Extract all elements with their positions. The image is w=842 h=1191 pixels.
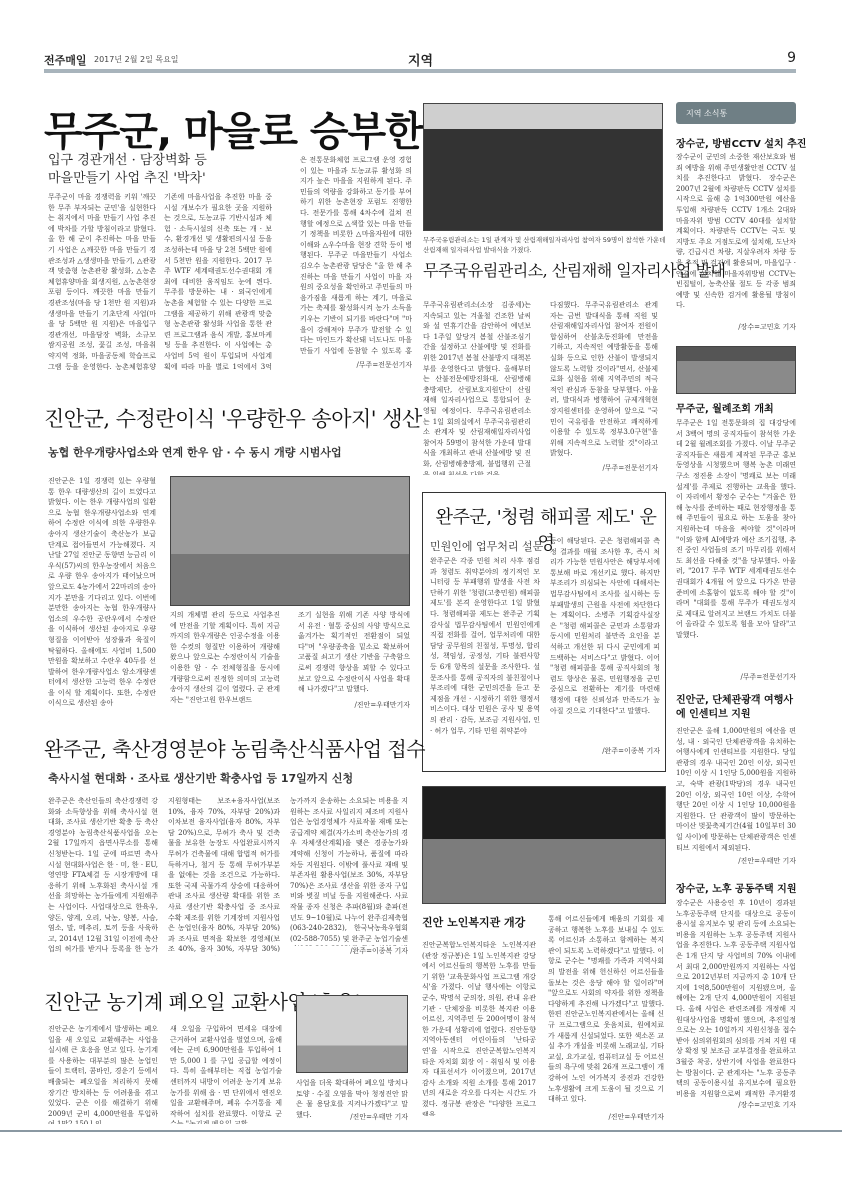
oil-exchange-photo [296,995,408,1073]
headline-jangsu-cctv: 장수군, 방범CCTV 설치 추진 [676,135,806,150]
jinan-senior-col-1: 진안군복합노인복지타운 노인복지관(관장 정규봉)은 1일 노인복지관 강당에서… [422,940,536,1116]
jinan-oil-col-2: 새 오일을 구입하여 면세유 대장에 근거하여 교환사업을 벌였으며, 올해에는… [170,1024,282,1124]
forest-byline: /무주=전문선기자 [550,463,658,474]
forest-crew-photo [423,103,663,231]
wanju-clean-col-2: 등이 해당된다. 군은 청렴해피콜 측정 결과를 매월 조사한 후, 즉시 처리… [550,536,660,736]
muju-assembly-body: 무주군은 1일 전통문화의 집 대강당에서 3백여 명의 공직자들이 참석한 가… [676,418,796,670]
forest-col-1: 무주국유림관리소(소장 김종세)는 지속되고 있는 겨울철 건조한 날씨와 설 … [423,300,531,475]
wanju-clean-byline: /완주=이종복 기자 [550,746,660,757]
muju-col-2: 기존에 마을사업을 추진한 마을 중 시설 개보수가 필요한 곳을 지원하는 것… [164,192,272,370]
headline-muju-assembly: 무주군, 월례조회 개최 [676,400,774,415]
muju-col-3: 은 전통문화체험 프로그램 운영 경험이 있는 마을과 도농교류 활성화 의지가… [300,155,412,355]
deck-wanju-clean: 민원인에 업무처리 설문 [430,538,543,554]
jinan-incentive-byline: /진안=우태만 기자 [676,856,796,867]
jangsu-housing-byline: /장수=고민호 기자 [676,1100,796,1111]
sidebar-tab-label: 지역 소식통 [686,109,727,118]
muju-assembly-byline: /무주=전문선기자 [676,672,796,683]
jangsu-cctv-byline: /장수=고민호 기자 [676,322,796,333]
headline-jinan-senior: 진안 노인복지관 개강 [422,914,525,930]
section-title: 지역 [408,50,433,69]
headline-jangsu-housing: 장수군, 노후 공동주택 지원 [676,880,797,895]
jinan-senior-col-2: 통해 어르신들에게 배움의 기회를 제공하고 행복한 노후를 보내실 수 있도록… [548,914,664,1110]
forest-photo-caption: 무주국유림관리소는 1일 관계자 및 산림재해일자리사업 참여자 59명이 참석… [423,236,668,255]
muju-col-1: 무주군이 마을 경쟁력을 키워 '깨끗한 무주 부자되는 군민'을 실현한다는 … [48,192,156,370]
headline-jinan-incentive: 진안군, 단체관광객 여행사에 인센티브 지원 [676,694,796,722]
issue-date: 2017년 2월 2일 목요일 [94,54,179,65]
senior-welfare-photo [422,786,666,904]
subhead-muju-2: 마을만들기 사업 추진 '박차' [48,170,206,188]
headline-wanju-livestock: 완주군, 축산경영분야 농림축산식품사업 접수 [44,733,425,762]
jinan-calf-col-3: 조기 실현을 위해 기존 사양 방식에서 유전 · 혈통 중심의 사양 방식으로… [298,610,410,700]
headline-jinan-calf: 진안군, 수정란이식 '우량한우 송아지' 생산 [44,403,422,433]
forest-col-2: 다짐했다. 무주국유림관리소 관계자는 금번 발대식을 통해 직원 및 산림재해… [550,300,658,460]
masthead-rule [44,69,796,73]
jinan-calf-col-2: 지의 개체별 관리 등으로 사업추진에 만전을 기할 계획이다. 특히 지금까지… [170,610,280,714]
wanju-clean-col-1: 완주군은 각종 민원 처리 사후 점검과 청렴도 취약분야의 정기적인 모니터링… [430,556,540,768]
deck-wanju-livestock: 축사시설 현대화 · 조사료 생산기반 확충사업 등 17일까지 신청 [48,770,353,786]
newspaper-brand: 전주매일 [44,52,87,68]
page-number: 9 [787,50,796,66]
jangsu-housing-body: 장수군은 사용승인 후 10년이 경과된 노후공동주택 단지를 대상으로 공동이… [676,898,796,1098]
wanju-livestock-byline: /완주=이종복 기자 [290,946,408,957]
page-bottom-rule [0,1130,842,1132]
deck-jinan-calf: 농협 한우개량사업소와 연계 한우 암 · 수 동시 개량 시범사업 [48,444,342,460]
sidebar-tab-local-news: 지역 소식통 [676,102,796,124]
cow-and-calf-photo [170,476,410,606]
headline-muju-village: 무주군, 마을로 승부한다 [44,100,460,157]
jinan-calf-col-1: 진안군은 1일 경쟁력 있는 우량혈통 한우 대량생산의 길이 트였다고 밝혔다… [48,476,156,714]
jinan-calf-byline: /진안=우태만기자 [298,700,410,711]
wanju-livestock-col-3: 농가까지 운송하는 소요되는 비용을 지원하는 조사료 사일리지 제조비 지원사… [290,796,408,946]
jinan-senior-byline: /진안=우태만기자 [548,1112,664,1123]
subhead-muju-1: 입구 경관개선 · 담장벽화 등 [48,152,207,170]
jinan-oil-byline: /진안=우태만 기자 [296,1112,408,1123]
wanju-livestock-col-2: 지원형태는 보조+융자사업(보조 10%, 융자 70%, 자부담 20%)과 … [168,796,280,956]
jinan-incentive-body: 진안군은 올해 1,000만원의 예산을 편성, 내 · 외국인 단체관광객을 … [676,726,796,856]
muju-byline: /무주=전문선기자 [300,360,412,371]
jangsu-cctv-body: 장수군이 군민의 소중한 재산보호와 범죄 예방을 위해 주민생활안전 CCTV… [676,152,796,320]
jinan-oil-col-1: 진안군은 농기계에서 발생하는 폐오일을 새 오일로 교환해주는 사업을 실시해… [48,1024,158,1124]
assembly-photo [676,346,796,394]
wanju-livestock-col-1: 완주군은 축산인들의 축산경쟁력 강화와 소득향상을 위해 축사시설 현대화, … [48,796,158,956]
